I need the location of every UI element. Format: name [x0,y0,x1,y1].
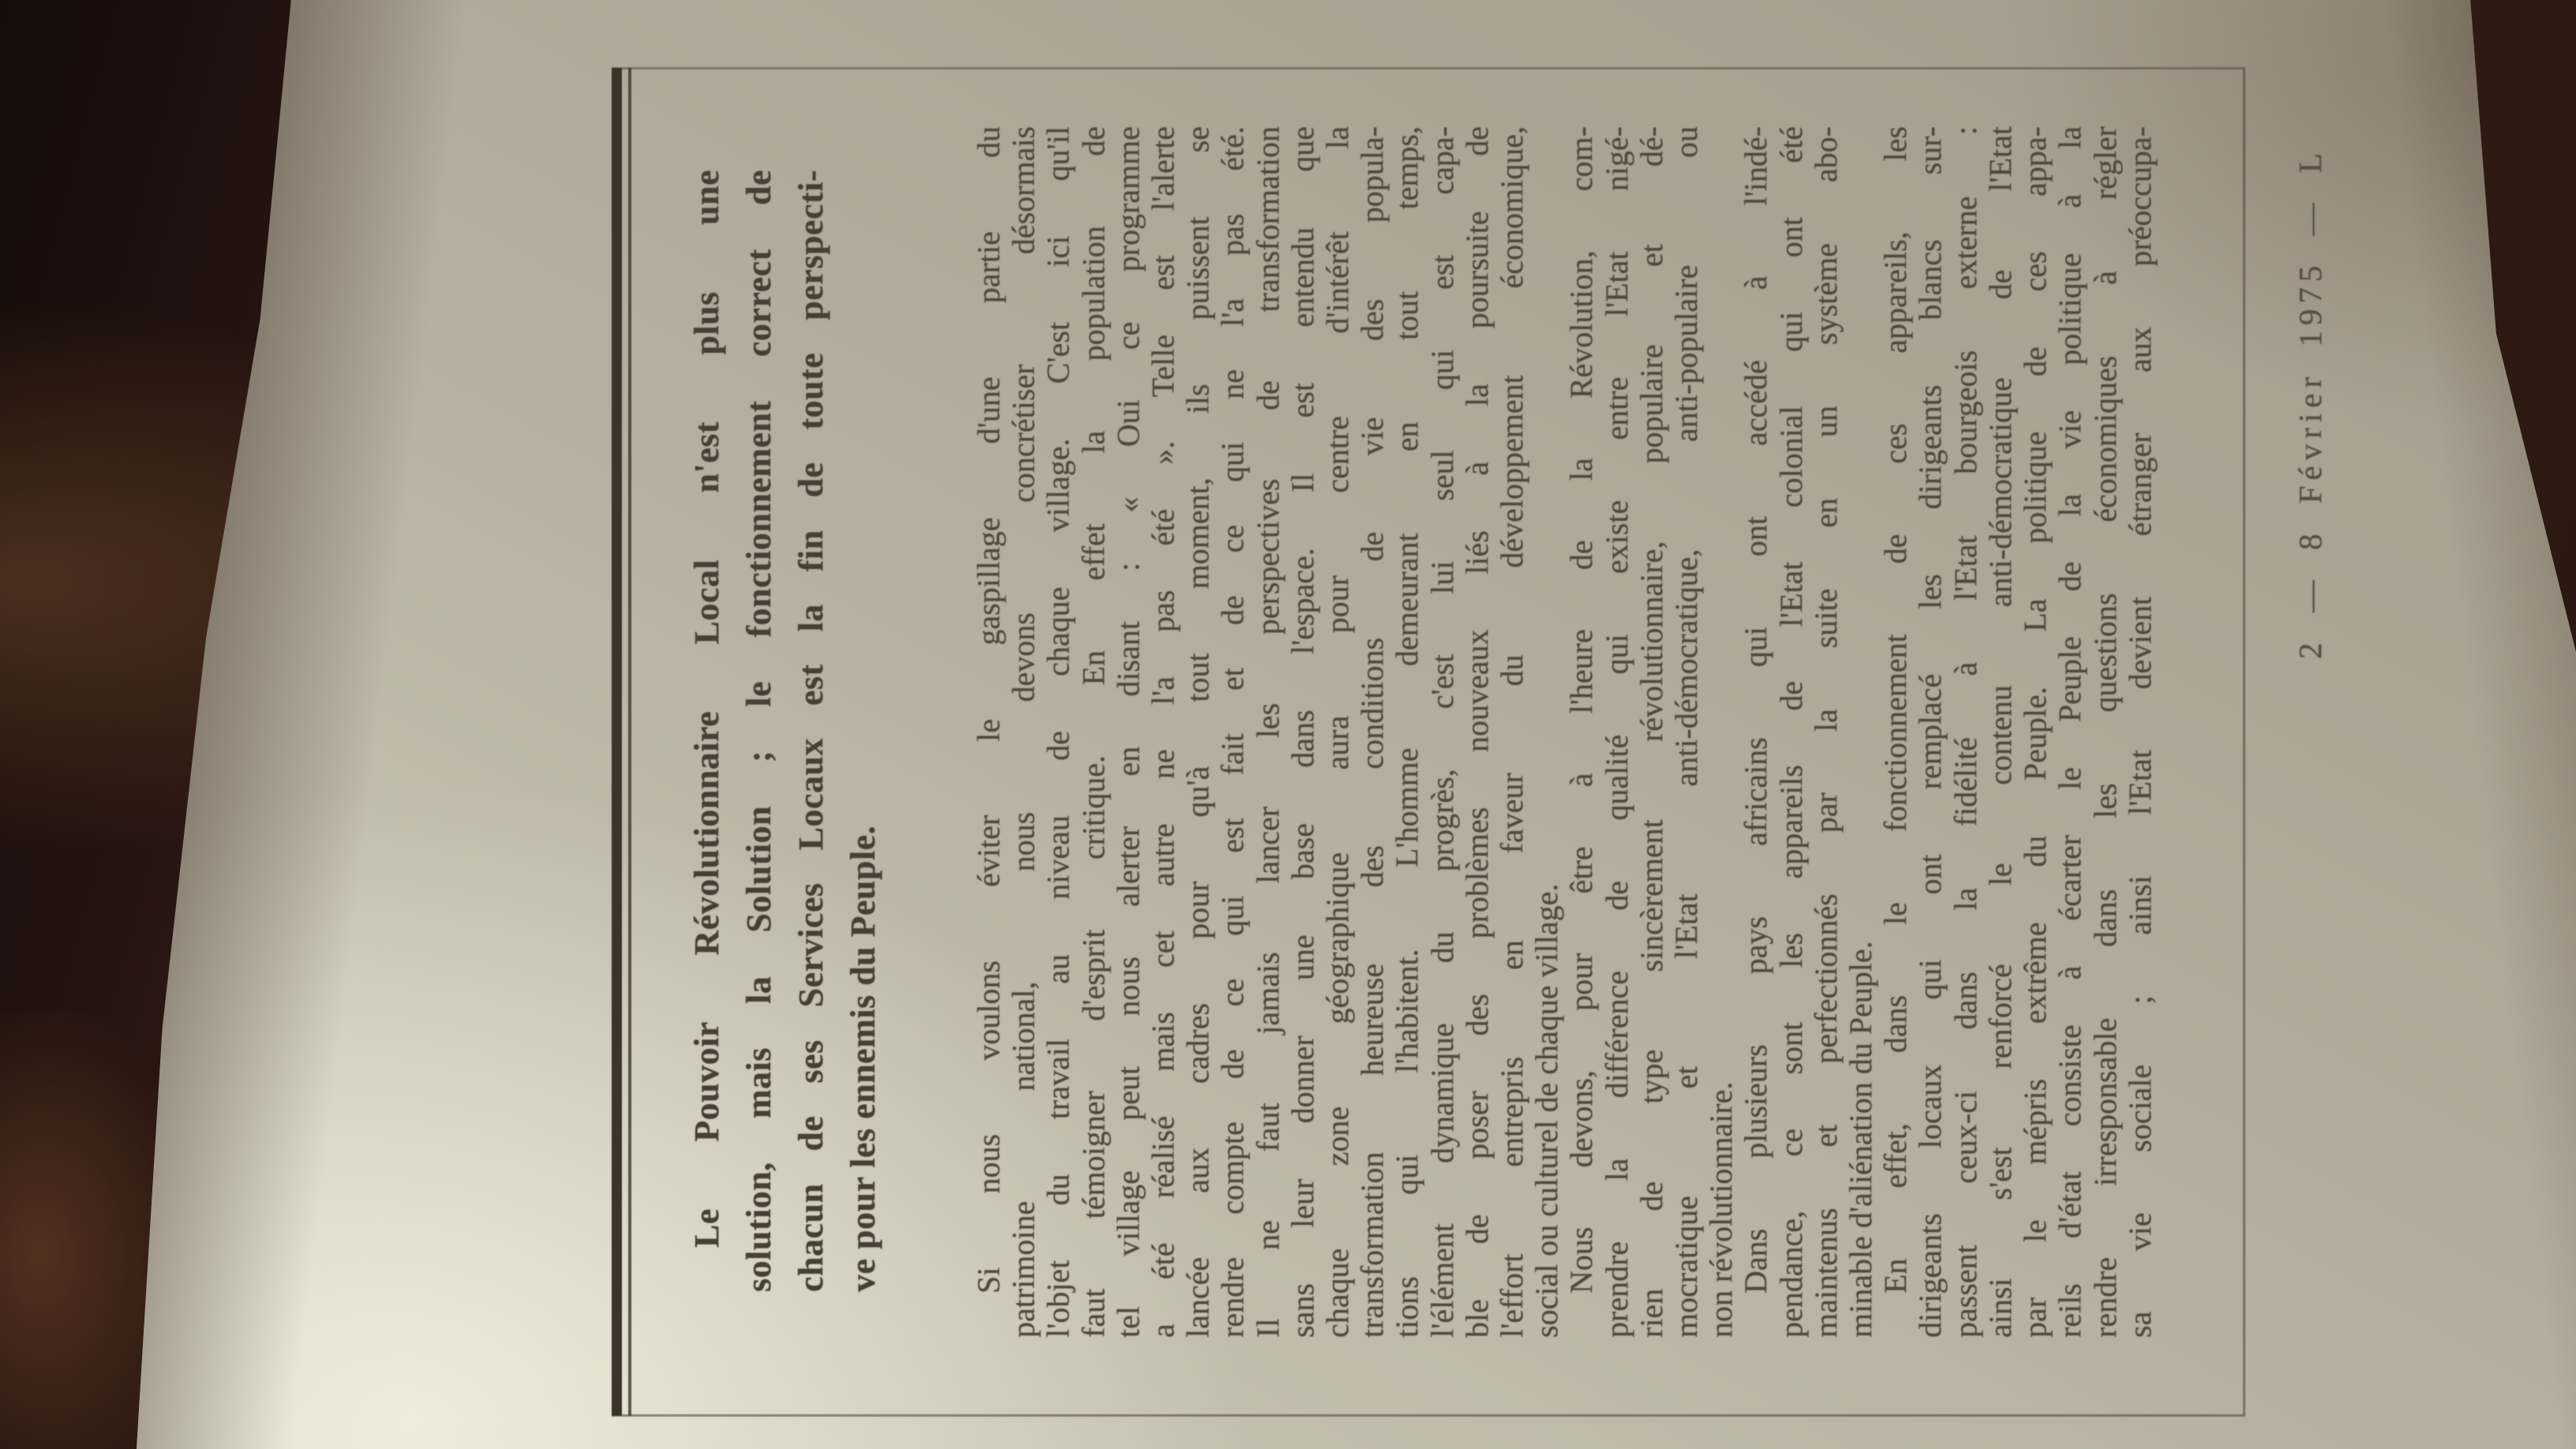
top-rule-thick [612,68,622,1416]
paragraph: Si nous voulons éviter le gaspillage d'u… [972,126,1564,1338]
text-line: l'objet du travail au niveau de chaque v… [1041,126,1076,1338]
text-line: rendre compte de ce qui est fait et de c… [1215,126,1250,1338]
top-rule-thin [628,68,631,1416]
text-line: rien de type sincèrement révolutionnaire… [1634,126,1669,1338]
text-line: rendre irresponsable dans les questions … [2088,126,2123,1338]
text-line: l'effort entrepris en faveur du développ… [1495,126,1529,1338]
title-line: Le Pouvoir Révolutionnaire Local n'est p… [681,170,733,1292]
text-line: a été réalisé mais cet autre ne l'a pas … [1146,126,1181,1338]
text-line: passent ceux-ci dans la fidélité à l'Eta… [1949,126,1983,1338]
text-line: pendance, ce sont les appareils de l'Eta… [1774,126,1809,1338]
text-line: prendre la différence de qualité qui exi… [1600,126,1634,1338]
text-line: minable d'aliénation du Peuple. [1844,126,1878,1338]
text-line: sa vie sociale ; ainsi l'Etat devient ét… [2123,126,2158,1338]
text-line: ainsi s'est renforcé le contenu anti-dém… [1983,126,2018,1338]
text-line: tions qui l'habitent. L'homme demeurant … [1390,126,1425,1338]
page-title: Le Pouvoir Révolutionnaire Local n'est p… [681,126,889,1338]
title-line: solution, mais la Solution ; le fonction… [733,170,785,1292]
text-line: sans leur donner une base dans l'espace.… [1286,126,1320,1338]
text-line: transformation heureuse des conditions d… [1355,126,1390,1338]
text-line: ble de poser des problèmes nouveaux liés… [1460,126,1495,1338]
page-footer: 2 — 8 Février 1975 — L [2291,0,2329,659]
paragraph: Nous devons, pour être à l'heure de la R… [1564,126,1739,1338]
text-line: non révolutionnaire. [1704,126,1739,1338]
text-line: Si nous voulons éviter le gaspillage d'u… [972,126,1006,1338]
text-line: En effet, dans le fonctionnement de ces … [1878,126,1913,1338]
paragraph: Dans plusieurs pays africains qui ont ac… [1739,126,1878,1338]
text-line: lancée aux cadres pour qu'à tout moment,… [1181,126,1215,1338]
text-line: l'élément dynamique du progrès, c'est lu… [1425,126,1460,1338]
text-line: dirigeants locaux qui ont remplacé les d… [1913,126,1948,1338]
page-body: Si nous voulons éviter le gaspillage d'u… [972,126,2158,1338]
title-line: ve pour les ennemis du Peuple. [837,170,889,1292]
paragraph: En effet, dans le fonctionnement de ces … [1878,126,2158,1338]
text-line: tel village peut nous alerter en disant … [1111,126,1146,1338]
photo-frame: Le Pouvoir Révolutionnaire Local n'est p… [0,0,2576,1449]
text-line: patrimoine national, nous devons concrét… [1006,126,1041,1338]
printed-page-region: Le Pouvoir Révolutionnaire Local n'est p… [612,67,2245,1417]
text-line: Dans plusieurs pays africains qui ont ac… [1739,126,1773,1338]
text-line: reils d'état consiste à écarter le Peupl… [2053,126,2087,1338]
text-line: faut témoigner d'esprit critique. En eff… [1076,126,1111,1338]
text-line: par le mépris extrême du Peuple. La poli… [2018,126,2053,1338]
printed-page: Le Pouvoir Révolutionnaire Local n'est p… [612,67,2245,1417]
page-text: Le Pouvoir Révolutionnaire Local n'est p… [681,126,2158,1338]
text-line: Il ne faut jamais lancer les perspective… [1251,126,1286,1338]
text-line: mocratique et l'Etat anti-démocratique, … [1669,126,1704,1338]
footer-text: 2 — 8 Février 1975 — L [2292,148,2328,659]
text-line: chaque zone géographique aura pour centr… [1320,126,1355,1338]
text-line: Nous devons, pour être à l'heure de la R… [1564,126,1599,1338]
title-line: chacun de ses Services Locaux est la fin… [785,170,837,1292]
text-line: maintenus et perfectionnés par la suite … [1809,126,1844,1338]
text-line: social ou culturel de chaque village. [1529,126,1564,1338]
